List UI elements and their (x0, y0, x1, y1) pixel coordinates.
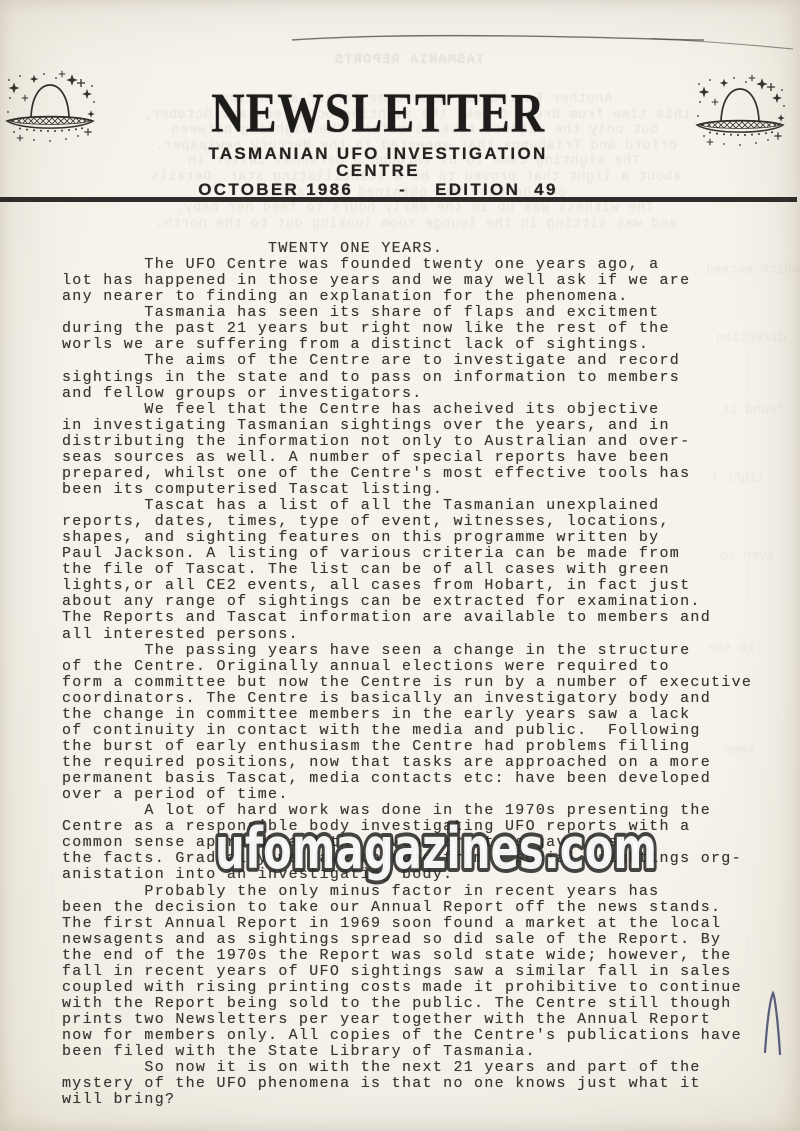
pen-mark (752, 980, 797, 1070)
date-separator: - (399, 181, 407, 198)
newsletter-title: NEWSLETTER (211, 81, 545, 145)
masthead: NEWSLETTER (0, 82, 756, 144)
scanned-newsletter-page: TASMANIA REPORTS Another East Coast case… (0, 0, 800, 1131)
top-edge-pen-line (0, 0, 800, 60)
typewritten-text: TWENTY ONE YEARS. The UFO Centre was fou… (62, 241, 752, 1108)
issue-date: OCTOBER 1986 (198, 181, 353, 198)
ghost-line: The witness was up in the early hours to… (175, 201, 654, 217)
masthead-subheading: TASMANIAN UFO INVESTIGATION CENTRE OCTOB… (0, 145, 756, 198)
ghost-line: and was sitting in the lounge room looki… (155, 217, 677, 233)
organisation-name-line1: TASMANIAN UFO INVESTIGATION (0, 145, 756, 162)
issue-date-row: OCTOBER 1986 - EDITION 49 (0, 181, 756, 198)
edition-number: EDITION 49 (435, 181, 558, 198)
header-rule (0, 197, 797, 202)
organisation-name-line2: CENTRE (0, 162, 756, 179)
